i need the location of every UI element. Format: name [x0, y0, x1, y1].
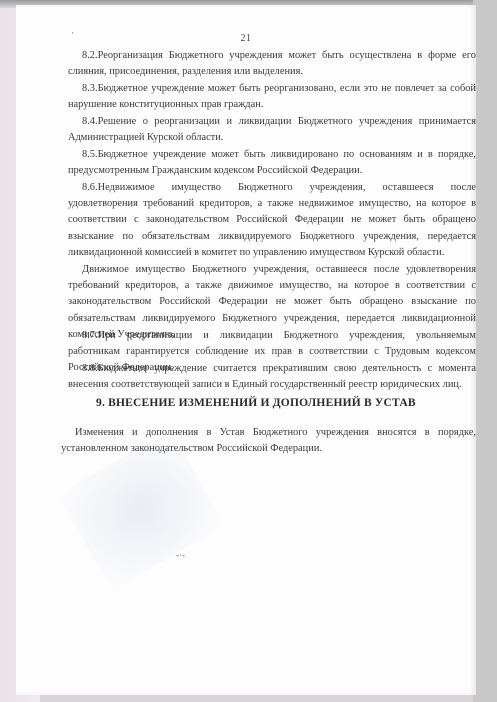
- scan-speck: -·-: [176, 550, 185, 560]
- document-page: · 21 8.2.Реорганизация Бюджетного учрежд…: [16, 5, 476, 695]
- paragraph-8-8: 8.8.Бюджетное учреждение считается прекр…: [68, 361, 476, 393]
- paragraph-8-3: 8.3.Бюджетное учреждение может быть реор…: [68, 81, 476, 113]
- paragraph-8-6: 8.6.Недвижимое имущество Бюджетного учре…: [68, 180, 476, 261]
- scan-right-edge: [473, 0, 497, 702]
- page-number: 21: [16, 33, 476, 44]
- paragraph-8-4: 8.4.Решение о реорганизации и ликвидации…: [68, 114, 476, 146]
- paragraph-8-2: 8.2.Реорганизация Бюджетного учреждения …: [68, 48, 476, 80]
- section-heading: 9. ВНЕСЕНИЕ ИЗМЕНЕНИЙ И ДОПОЛНЕНИЙ В УСТ…: [96, 397, 416, 409]
- section-paragraph: Изменения и дополнения в Устав Бюджетног…: [61, 425, 476, 457]
- paragraph-8-5: 8.5.Бюджетное учреждение может быть ликв…: [68, 147, 476, 179]
